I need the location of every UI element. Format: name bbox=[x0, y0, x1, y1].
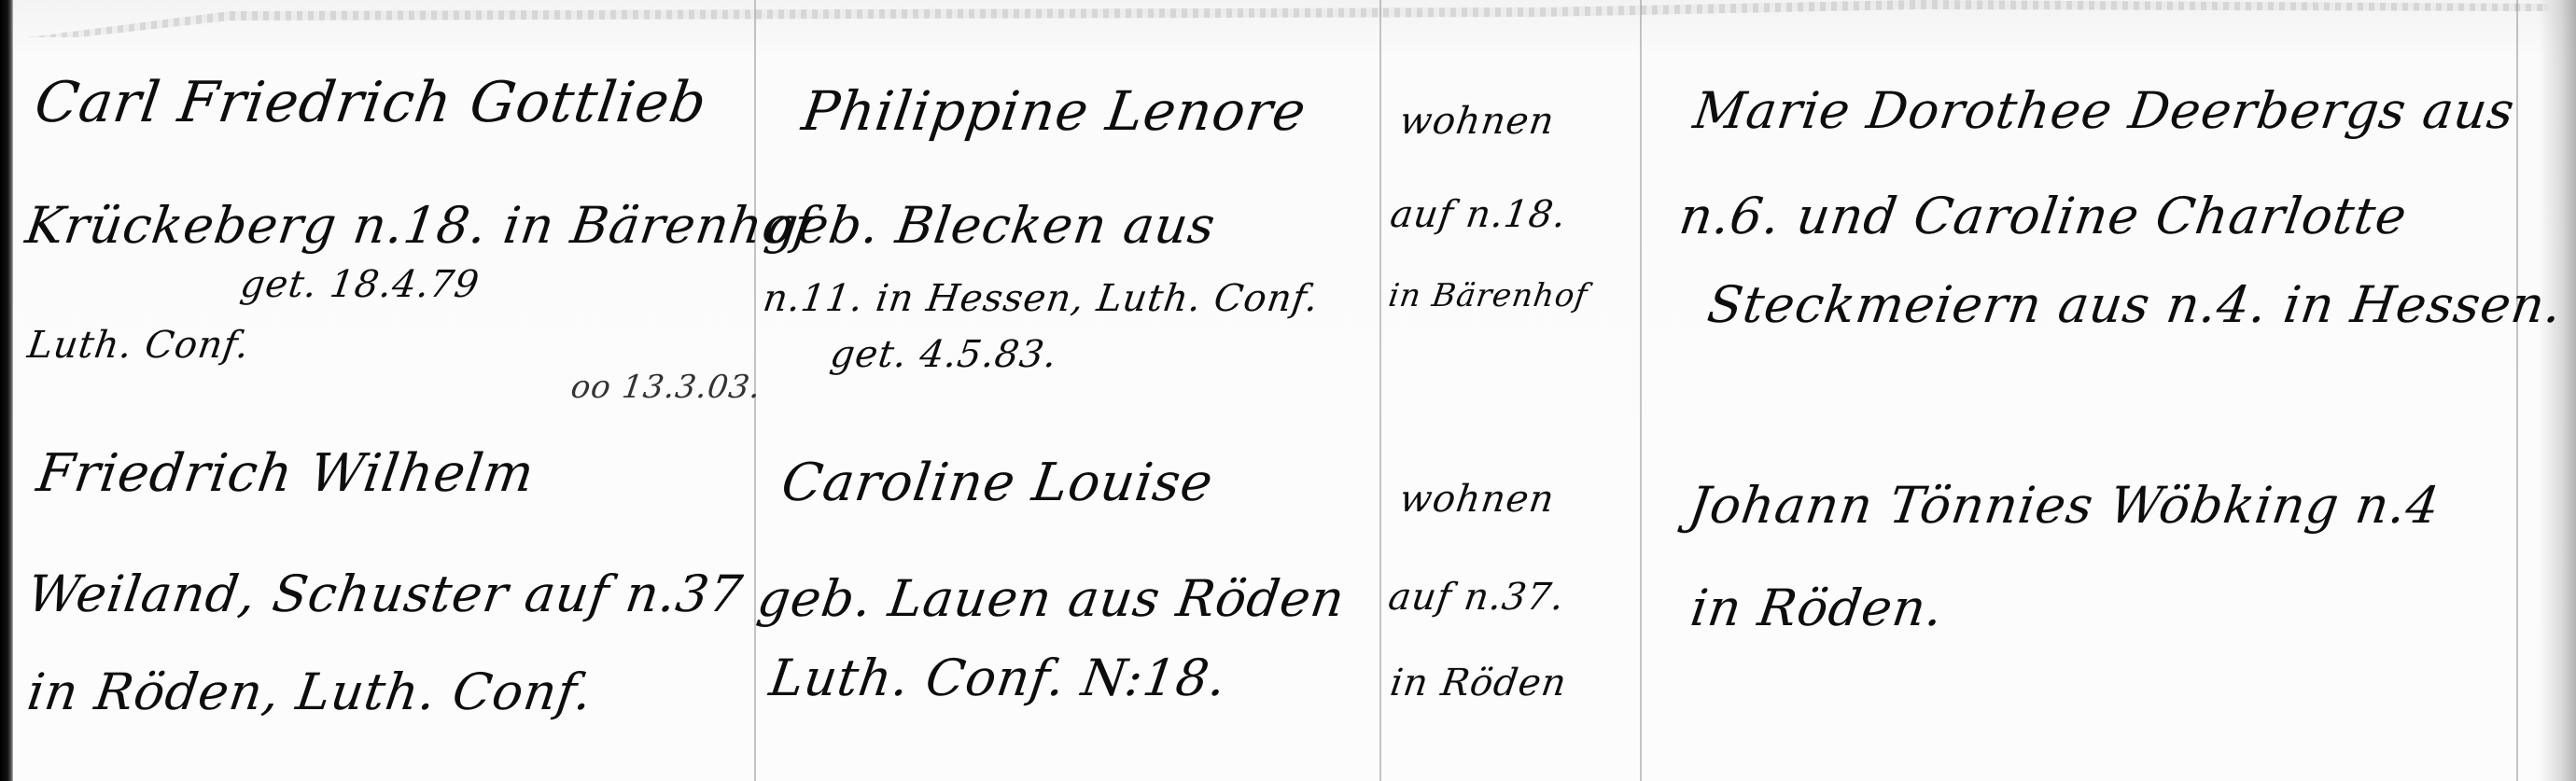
record-1-witnesses-line3: Steckmeiern aus n.4. in Hessen. bbox=[1704, 280, 2565, 330]
record-1-bride-baptism-note: get. 4.5.83. bbox=[828, 336, 1059, 373]
record-2-residence-line3: in Röden bbox=[1388, 664, 1569, 702]
record-1-residence-line2: auf n.18. bbox=[1388, 196, 1569, 233]
record-2-witnesses-line1: Johann Tönnies Wöbking n.4 bbox=[1686, 481, 2443, 531]
record-2-groom-line2: Weiland, Schuster auf n.37 bbox=[24, 569, 746, 620]
record-2-groom-line1: Friedrich Wilhelm bbox=[34, 448, 538, 500]
column-divider-3 bbox=[1640, 0, 1642, 781]
record-2-residence-line1: wohnen bbox=[1397, 481, 1557, 518]
record-1-witnesses-line2: n.6. und Caroline Charlotte bbox=[1676, 191, 2410, 242]
record-1-bride-line3: n.11. in Hessen, Luth. Conf. bbox=[761, 280, 1321, 317]
record-1-groom-line3: Luth. Conf. bbox=[25, 327, 252, 364]
record-1-groom-line1: Carl Friedrich Gottlieb bbox=[32, 75, 710, 131]
record-2-bride-line1: Caroline Louise bbox=[778, 457, 1216, 509]
register-page: Carl Friedrich Gottlieb Krückeberg n.18.… bbox=[0, 0, 2576, 781]
record-1-bride-line1: Philippine Lenore bbox=[799, 84, 1309, 138]
record-1-marriage-note: oo 13.3.03. bbox=[569, 371, 763, 403]
record-2-witnesses-line2: in Röden. bbox=[1687, 583, 1946, 634]
record-1-residence-line1: wohnen bbox=[1397, 103, 1557, 140]
record-1-bride-line2: geb. Blecken aus bbox=[762, 201, 1218, 251]
record-2-bride-line2: geb. Lauen aus Röden bbox=[754, 574, 1348, 624]
record-1-groom-line2: Krückeberg n.18. in Bärenhof bbox=[22, 201, 817, 251]
top-ruled-line bbox=[28, 0, 2548, 37]
record-2-bride-line3: Luth. Conf. N:18. bbox=[766, 653, 1229, 704]
record-1-residence-line3: in Bärenhof bbox=[1387, 280, 1590, 312]
column-divider-4 bbox=[2516, 0, 2518, 781]
record-1-groom-baptism-note: get. 18.4.79 bbox=[238, 266, 482, 303]
record-2-groom-line3: in Röden, Luth. Conf. bbox=[24, 667, 595, 718]
column-divider-2 bbox=[1379, 0, 1381, 781]
record-1-witnesses-line1: Marie Dorothee Deerbergs aus bbox=[1690, 86, 2517, 136]
page-right-edge-shadow bbox=[2539, 0, 2576, 781]
page-binding-edge bbox=[0, 0, 13, 781]
record-2-residence-line2: auf n.37. bbox=[1386, 579, 1567, 616]
